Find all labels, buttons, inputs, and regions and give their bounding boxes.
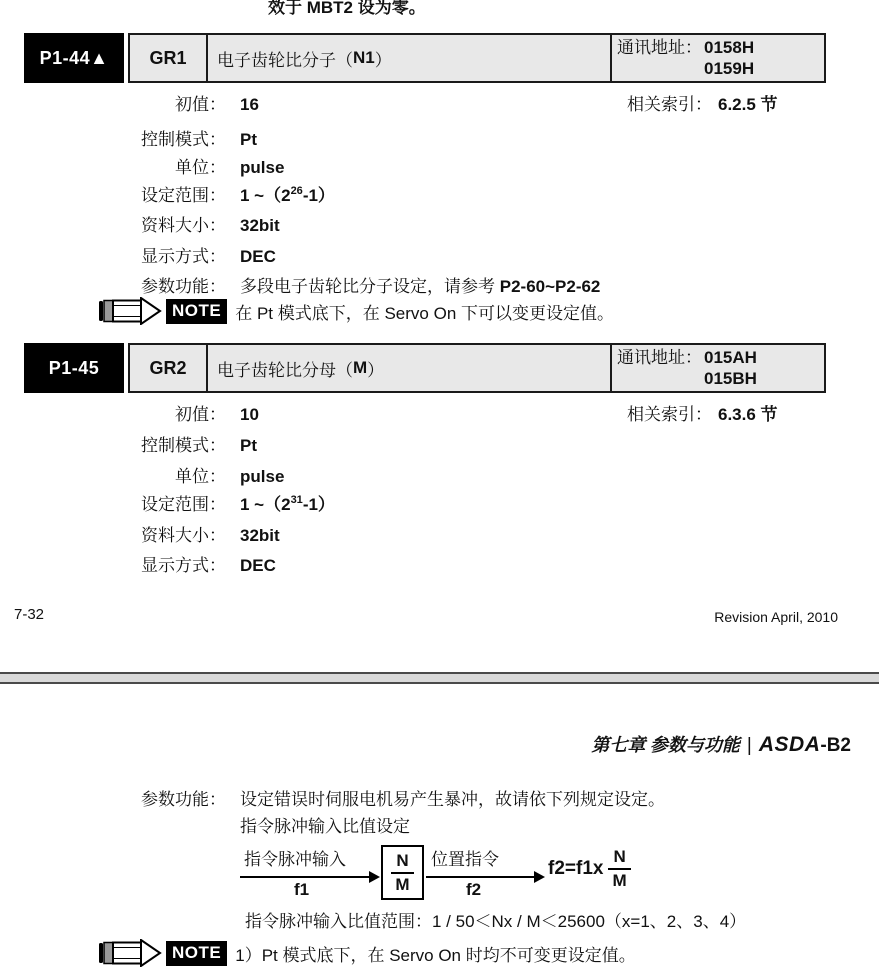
field-control-mode: 控制模式： Pt	[24, 431, 257, 456]
comm-address-2: 0159H	[704, 58, 754, 79]
field-label: 显示方式：	[24, 551, 226, 576]
diagram-arrow-line-out	[426, 876, 536, 878]
exponent: 31	[291, 494, 303, 506]
header-separator: |	[747, 735, 752, 757]
field-value: 16	[240, 95, 259, 115]
diagram-input-label: 指令脉冲输入	[244, 845, 346, 870]
exponent: 26	[291, 185, 303, 197]
note-text: 在 Pt 模式底下，在 Servo On 下可以变更设定值。	[235, 299, 614, 324]
field-label: 设定范围：	[24, 181, 226, 206]
field-data-size: 资料大小： 32bit	[24, 211, 280, 236]
field-setting-range: 设定范围： 1 ~（231-1）	[24, 490, 335, 515]
field-param-function: 参数功能： 设定错误时伺服电机易产生暴冲，故请依下列规定设定。	[24, 785, 665, 810]
field-label: 相关索引：	[598, 400, 712, 425]
comm-address-cell: 通讯地址： 015AH 015BH	[612, 345, 824, 391]
field-display-format: 显示方式： DEC	[24, 242, 276, 267]
param-title-cell: 电子齿轮比分母（M）	[208, 345, 612, 391]
gear-ratio-formula: f2=f1x N M	[548, 846, 631, 892]
note-pencil-icon	[98, 939, 162, 967]
note-pencil-icon	[98, 297, 162, 325]
diagram-input-frequency: f1	[294, 880, 309, 900]
comm-address-1: 015AH	[704, 347, 757, 368]
field-label: 显示方式：	[24, 242, 226, 267]
comm-address-2: 015BH	[704, 368, 757, 389]
comm-address-label: 通讯地址：	[617, 37, 702, 79]
param-header-table-p1-44: GR1 电子齿轮比分子（N1） 通讯地址： 0158H 0159H	[128, 33, 826, 83]
ratio-box: N M	[381, 845, 424, 900]
note-badge: NOTE	[166, 299, 227, 324]
manual-page: 效于 MBT2 设为零。 P1-44▲ GR1 电子齿轮比分子（N1） 通讯地址…	[0, 0, 879, 978]
page-header: 第七章 参数与功能 | ASDA -B2	[591, 731, 851, 757]
param-title-suffix: ）	[375, 46, 392, 71]
field-init-value: 初值： 16	[24, 90, 259, 115]
param-header-table-p1-45: GR2 电子齿轮比分母（M） 通讯地址： 015AH 015BH	[128, 343, 826, 393]
page-break-band	[0, 672, 879, 684]
field-label: 资料大小：	[24, 211, 226, 236]
field-label: 资料大小：	[24, 521, 226, 546]
param-title-code: M	[353, 358, 367, 378]
diagram-output-label: 位置指令	[431, 845, 499, 870]
ratio-denominator: M	[395, 874, 409, 896]
field-value: DEC	[240, 247, 276, 267]
field-display-format: 显示方式： DEC	[24, 551, 276, 576]
formula-prefix: f2=f1x	[548, 858, 603, 880]
comm-address-1: 0158H	[704, 37, 754, 58]
field-unit: 单位： pulse	[24, 153, 284, 178]
field-related-index: 相关索引： 6.2.5 节	[598, 90, 778, 115]
field-value: Pt	[240, 436, 257, 456]
field-value: 6.3.6 节	[718, 400, 778, 425]
note-text: 1）Pt 模式底下，在 Servo On 时均不可变更设定值。	[235, 941, 636, 966]
param-title-suffix: ）	[367, 356, 384, 381]
formula-numerator: N	[608, 846, 630, 870]
comm-address-cell: 通讯地址： 0158H 0159H	[612, 35, 824, 81]
ratio-range-line: 指令脉冲输入比值范围：1 / 50＜Nx / M＜25600（x=1、2、3、4…	[245, 907, 746, 932]
field-label: 设定范围：	[24, 490, 226, 515]
field-control-mode: 控制模式： Pt	[24, 125, 257, 150]
field-label: 参数功能：	[24, 272, 226, 297]
note-badge: NOTE	[166, 941, 227, 966]
formula-denominator: M	[613, 870, 627, 892]
param-title-prefix: 电子齿轮比分母（	[217, 356, 353, 381]
field-param-function: 参数功能： 多段电子齿轮比分子设定，请参考 P2-60~P2-62	[24, 272, 600, 297]
param-id-box-p1-45: P1-45	[24, 343, 124, 393]
note-row: NOTE 在 Pt 模式底下，在 Servo On 下可以变更设定值。	[98, 297, 614, 325]
field-value: 32bit	[240, 526, 280, 546]
field-label: 初值：	[24, 400, 226, 425]
field-label: 单位：	[24, 462, 226, 487]
field-setting-range: 设定范围： 1 ~（226-1）	[24, 181, 335, 206]
field-data-size: 资料大小： 32bit	[24, 521, 280, 546]
field-value: 10	[240, 405, 259, 425]
note-row: NOTE 1）Pt 模式底下，在 Servo On 时均不可变更设定值。	[98, 939, 636, 967]
param-id-box-p1-44: P1-44▲	[24, 33, 124, 83]
field-value: pulse	[240, 467, 284, 487]
param-title-cell: 电子齿轮比分子（N1）	[208, 35, 612, 81]
gear-ratio-diagram: 指令脉冲输入 f1 N M 位置指令 f2 f2=f1x N M	[0, 840, 879, 906]
field-init-value: 初值： 10	[24, 400, 259, 425]
model-name: -B2	[820, 735, 851, 757]
field-value: 多段电子齿轮比分子设定，请参考 P2-60~P2-62	[240, 272, 600, 297]
clipped-top-text: 效于 MBT2 设为零。	[268, 0, 426, 18]
ratio-setting-subtitle: 指令脉冲输入比值设定	[240, 812, 410, 837]
field-unit: 单位： pulse	[24, 462, 284, 487]
field-value: 设定错误时伺服电机易产生暴冲，故请依下列规定设定。	[240, 785, 665, 810]
field-value: Pt	[240, 130, 257, 150]
field-value: pulse	[240, 158, 284, 178]
ratio-numerator: N	[391, 850, 413, 874]
diagram-arrow-line-in	[240, 876, 371, 878]
field-label: 控制模式：	[24, 125, 226, 150]
comm-address-label: 通讯地址：	[617, 347, 702, 389]
param-title-prefix: 电子齿轮比分子（	[217, 46, 353, 71]
param-reference: P2-60~P2-62	[500, 277, 601, 296]
chapter-title: 第七章 参数与功能	[591, 731, 740, 757]
field-label: 相关索引：	[598, 90, 712, 115]
param-title-code: N1	[353, 48, 375, 68]
field-related-index: 相关索引： 6.3.6 节	[598, 400, 778, 425]
field-value: 6.2.5 节	[718, 90, 778, 115]
field-label: 参数功能：	[24, 785, 226, 810]
diagram-arrowhead-out	[534, 871, 545, 883]
diagram-arrowhead-in	[369, 871, 380, 883]
field-value: 1 ~（231-1）	[240, 490, 335, 515]
field-label: 初值：	[24, 90, 226, 115]
field-value: 1 ~（226-1）	[240, 181, 335, 206]
brand-logo: ASDA	[759, 733, 821, 757]
page-number: 7-32	[14, 606, 44, 623]
param-code-cell: GR2	[130, 345, 208, 391]
revision-text: Revision April, 2010	[714, 609, 838, 625]
field-label: 控制模式：	[24, 431, 226, 456]
field-value: DEC	[240, 556, 276, 576]
field-label: 单位：	[24, 153, 226, 178]
param-code-cell: GR1	[130, 35, 208, 81]
field-value: 32bit	[240, 216, 280, 236]
diagram-output-frequency: f2	[466, 880, 481, 900]
